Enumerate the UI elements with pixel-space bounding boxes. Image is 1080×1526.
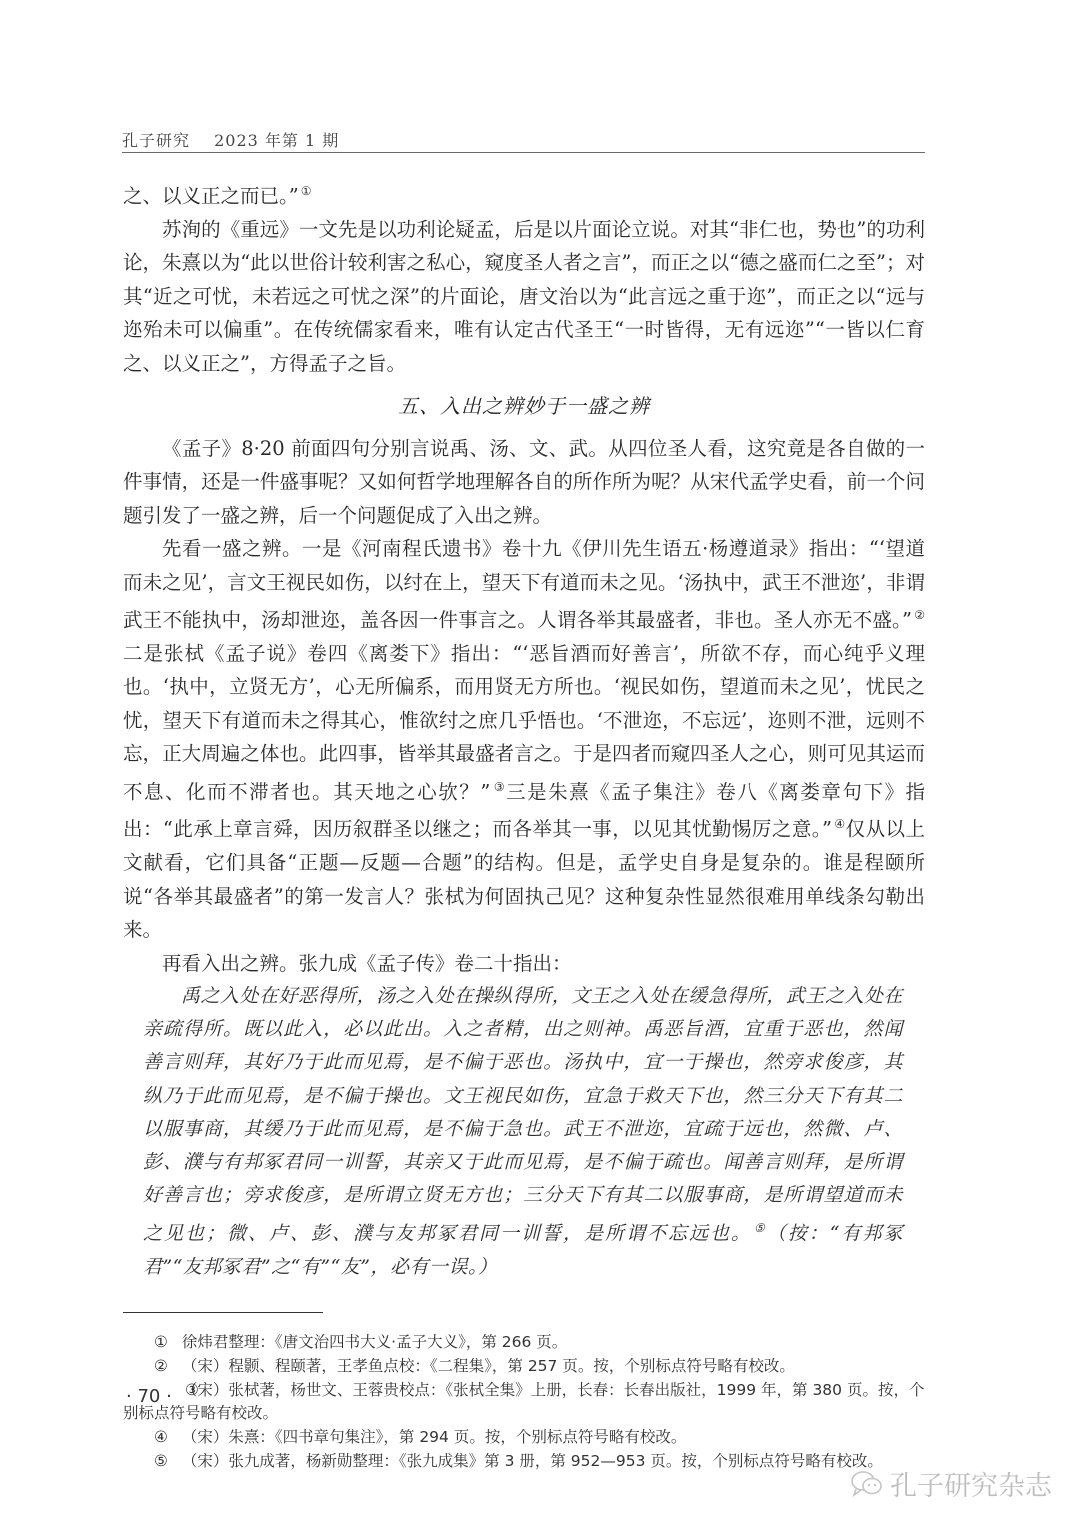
quote-body: 禹之入处在好恶得所，汤之入处在操纵得所，文王之入处在缓急得所，武王之入处在亲疏得… [143,985,903,1245]
paragraph-text: 二是张栻《孟子说》卷四《离娄下》指出：“‘恶旨酒而好善言’，所欲不存，而心纯乎义… [123,642,925,803]
footnote-text: （宋）张栻著，杨世文、王蓉贵校点：《张栻全集》上册，长春：长春出版社，1999 … [123,1381,924,1423]
page-number: · 70 · [126,1386,172,1407]
watermark-text: 孔子研究杂志 [890,1464,1052,1503]
footnotes: ①徐炜君整理：《唐文治四书大义·孟子大义》，第 266 页。 ②（宋）程颢、程颐… [123,1331,925,1474]
paragraph: 苏洵的《重远》一文先是以功利论疑孟，后是以片面论立说。对其“非仁也，势也”的功利… [123,213,925,380]
footnote-item: ④（宋）朱熹：《四书章句集注》，第 294 页。按，个别标点符号略有校改。 [123,1426,925,1450]
paragraph-text: 之、以义正之而已。” [123,185,299,208]
footnote-item: ①徐炜君整理：《唐文治四书大义·孟子大义》，第 266 页。 [123,1331,925,1355]
issue-label: 2023 年第 1 期 [214,128,339,151]
block-quote: 禹之入处在好恶得所，汤之入处在操纵得所，文王之入处在缓急得所，武王之入处在亲疏得… [123,980,925,1284]
footnote-number: ⑤ [154,1450,182,1474]
footnote-item: ②（宋）程颢、程颐著，王孝鱼点校：《二程集》，第 257 页。按，个别标点符号略… [123,1355,925,1379]
paragraph: 先看一盛之辨。一是《河南程氏遗书》卷十九《伊川先生语五·杨遵道录》指出：“‘望道… [123,532,925,946]
quote-text: 禹之入处在好恶得所，汤之入处在操纵得所，文王之入处在缓急得所，武王之入处在亲疏得… [143,980,903,1284]
footnote-ref-1[interactable]: ① [301,184,312,198]
journal-name: 孔子研究 [122,128,190,151]
footnote-number: ① [154,1331,182,1355]
footnote-item: ③（宋）张栻著，杨世文、王蓉贵校点：《张栻全集》上册，长春：长春出版社，1999… [123,1379,925,1427]
footnote-ref-5[interactable]: ⑤ [754,1221,767,1235]
footnote-number: ④ [154,1426,182,1450]
footnote-ref-3[interactable]: ③ [492,780,506,794]
footnote-number: ② [154,1355,182,1379]
wechat-icon [850,1470,884,1498]
footnote-ref-4[interactable]: ④ [834,817,846,831]
paragraph: 《孟子》8·20 前面四句分别言说禹、汤、文、武。从四位圣人看，这究竟是各自做的… [123,432,925,532]
footnote-text: （宋）程颢、程颐著，王孝鱼点校：《二程集》，第 257 页。按，个别标点符号略有… [182,1357,795,1375]
paragraph-continuation: 之、以义正之而已。”① [123,175,925,213]
paragraph: 再看入出之辨。张九成《孟子传》卷二十指出： [123,947,925,980]
footnote-text: （宋）朱熹：《四书章句集注》，第 294 页。按，个别标点符号略有校改。 [182,1428,686,1446]
article-body: 之、以义正之而已。”① 苏洵的《重远》一文先是以功利论疑孟，后是以片面论立说。对… [123,175,925,1474]
footnote-text: （宋）张九成著，杨新勋整理：《张九成集》第 3 册，第 952—953 页。按，… [182,1452,883,1470]
paragraph-text: 先看一盛之辨。一是《河南程氏遗书》卷十九《伊川先生语五·杨遵道录》指出：“‘望道… [123,537,925,631]
footnote-ref-2[interactable]: ② [914,608,925,622]
footnote-divider [123,1312,323,1313]
footnote-item: ⑤（宋）张九成著，杨新勋整理：《张九成集》第 3 册，第 952—953 页。按… [123,1450,925,1474]
section-heading: 五、入出之辨妙于一盛之辨 [123,388,925,424]
running-header: 孔子研究 2023 年第 1 期 [122,128,925,153]
watermark: 孔子研究杂志 [850,1464,1052,1503]
footnote-text: 徐炜君整理：《唐文治四书大义·孟子大义》，第 266 页。 [182,1333,567,1351]
